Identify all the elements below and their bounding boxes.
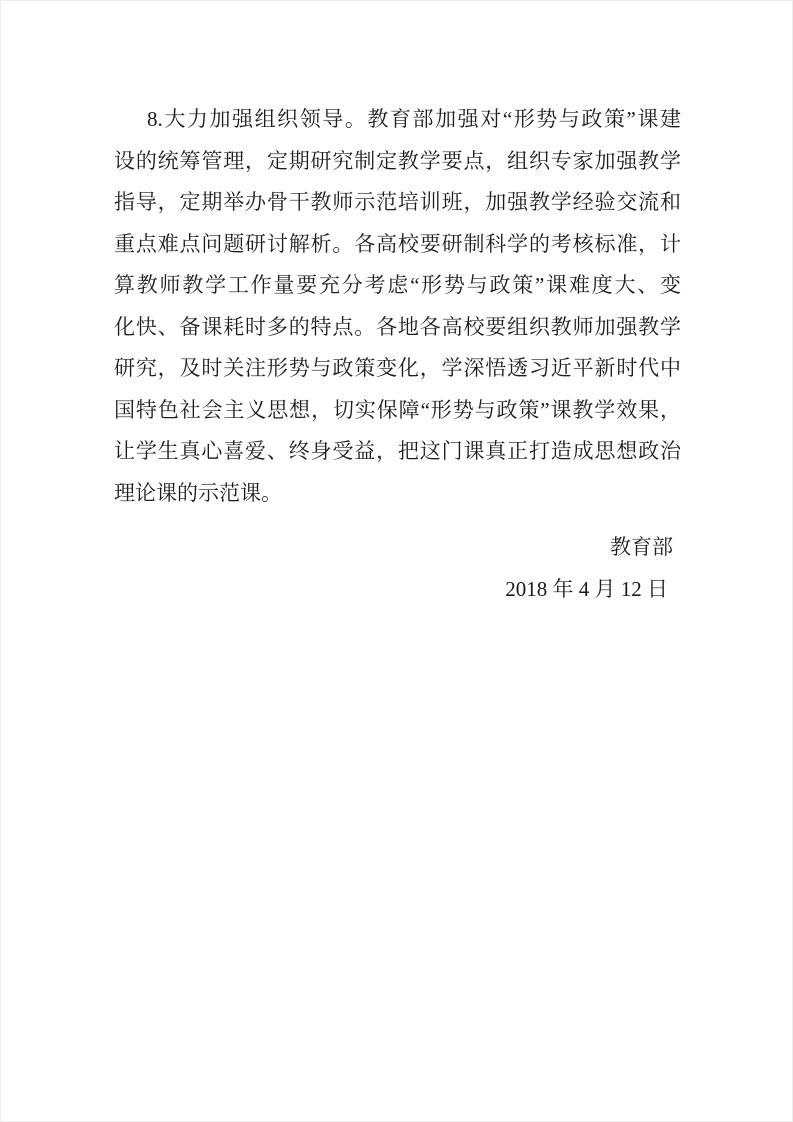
document-body: 8.大力加强组织领导。教育部加强对“形势与政策”课建 设的统筹管理，定期研究制定…	[114, 99, 681, 610]
paragraph-line: 研究，及时关注形势与政策变化，学深悟透习近平新时代中	[114, 348, 681, 390]
paragraph-line: 重点难点问题研讨解析。各高校要研制科学的考核标准，计	[114, 224, 681, 266]
signature-issuer: 教育部	[114, 527, 681, 569]
paragraph-line: 指导，定期举办骨干教师示范培训班，加强教学经验交流和	[114, 182, 681, 224]
paragraph-line: 让学生真心喜爱、终身受益，把这门课真正打造成思想政治	[114, 431, 681, 473]
signature-block: 教育部 2018 年 4 月 12 日	[114, 527, 681, 610]
document-page: 8.大力加强组织领导。教育部加强对“形势与政策”课建 设的统筹管理，定期研究制定…	[0, 0, 793, 1122]
paragraph-line: 国特色社会主义思想，切实保障“形势与政策”课教学效果，	[114, 390, 681, 432]
signature-date: 2018 年 4 月 12 日	[114, 569, 681, 611]
paragraph-line: 设的统筹管理，定期研究制定教学要点，组织专家加强教学	[114, 141, 681, 183]
paragraph-line: 化快、备课耗时多的特点。各地各高校要组织教师加强教学	[114, 307, 681, 349]
paragraph-line: 8.大力加强组织领导。教育部加强对“形势与政策”课建	[114, 99, 681, 141]
paragraph-line: 理论课的示范课。	[114, 473, 681, 515]
paragraph-line: 算教师教学工作量要充分考虑“形势与政策”课难度大、变	[114, 265, 681, 307]
